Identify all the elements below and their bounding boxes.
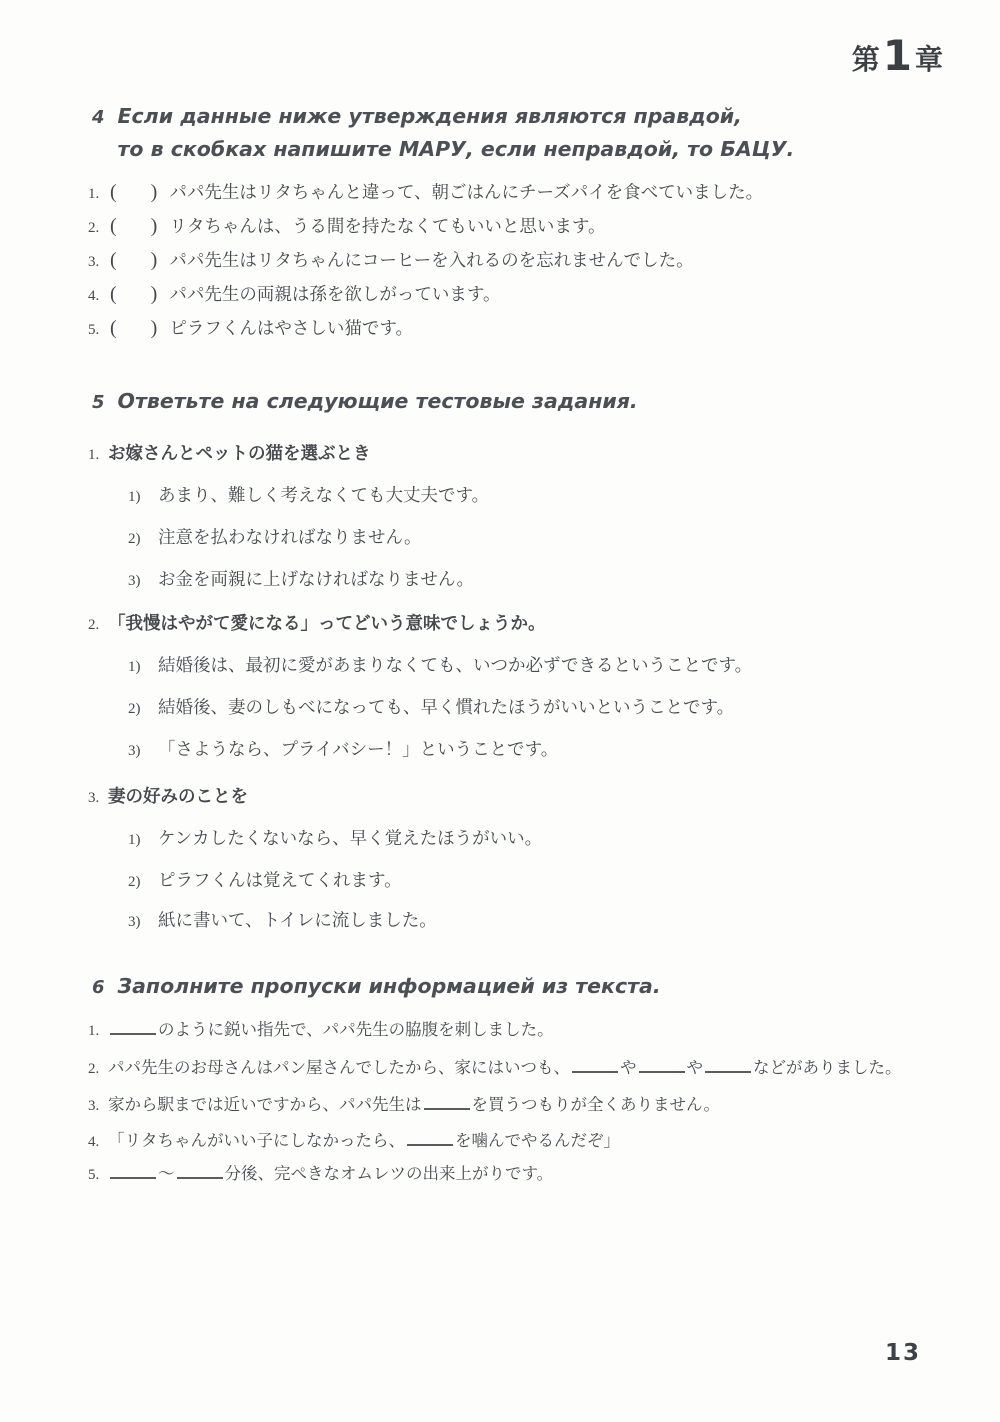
blank-line [424,1094,470,1110]
answer-paren-close: ) [151,283,158,306]
option-number: 3) [128,743,158,760]
option-row: 2) 注意を払わなければなりません。 [128,524,422,549]
statement-number: 3. [88,254,110,271]
fill-in-row: 2. パパ先生のお母さんはパン屋さんでしたから、家にはいつも、ややなどがありまし… [88,1054,902,1078]
statement-row: 3. ( ) パパ先生はリタちゃんにコーヒーを入れるのを忘れませんでした。 [88,247,694,272]
fill-in-number: 4. [88,1134,108,1151]
answer-paren-close: ) [151,215,158,238]
chapter-prefix: 第 [852,38,881,78]
option-row: 1) ケンカしたくないなら、早く覚えたほうがいい。 [128,825,542,850]
option-text: ピラフくんは覚えてくれます。 [158,867,402,892]
answer-paren-open: ( [110,283,117,306]
statement-number: 5. [88,322,110,339]
statement-number: 4. [88,288,110,305]
answer-paren-open: ( [110,317,117,340]
fill-in-number: 3. [88,1098,108,1115]
fill-in-segment: を噛んでやるんだぞ」 [455,1131,620,1150]
blank-line [572,1057,618,1073]
answer-paren-close: ) [151,249,158,272]
fill-in-segment: のように鋭い指先で、パパ先生の脇腹を刺しました。 [158,1020,554,1039]
fill-in-segment: パパ先生のお母さんはパン屋さんでしたから、家にはいつも、 [108,1058,570,1077]
statement-text: リタちゃんは、うる間を持たなくてもいいと思います。 [169,213,605,238]
option-text: 結婚後は、最初に愛があまりなくても、いつか必ずできるということです。 [158,652,752,677]
answer-paren-open: ( [110,181,117,204]
option-number: 1) [128,832,158,849]
statement-number: 2. [88,220,110,237]
section5-number: 5 [92,386,105,419]
option-row: 1) 結婚後は、最初に愛があまりなくても、いつか必ずできるということです。 [128,652,752,677]
option-text: あまり、難しく考えなくても大丈夫です。 [158,482,489,507]
blank-line [639,1057,685,1073]
option-number: 2) [128,701,158,718]
statement-text: ピラフくんはやさしい猫です。 [169,315,413,340]
question-stem: 妻の好みのことを [108,783,248,808]
blank-line [407,1130,453,1146]
statement-row: 4. ( ) パパ先生の両親は孫を欲しがっています。 [88,281,500,306]
option-text: 「さようなら、プライバシー！」ということです。 [158,736,558,761]
section6-heading-text: Заполните пропуски информацией из текста… [118,970,661,1003]
section5-heading-text: Ответьте на следующие тестовые задания. [118,385,638,418]
fill-in-segment: 家から駅までは近いですから、パパ先生は [108,1095,422,1114]
option-row: 2) 結婚後、妻のしもべになっても、早く慣れたほうがいいということです。 [128,694,734,719]
section4-heading: 4 Если данные ниже утверждения являются … [92,100,794,166]
answer-paren-open: ( [110,215,117,238]
fill-in-number: 1. [88,1023,108,1040]
option-number: 3) [128,573,158,590]
fill-in-segment: を買うつもりが全くありません。 [472,1095,721,1114]
option-number: 1) [128,659,158,676]
question-row: 3. 妻の好みのことを [88,783,248,808]
fill-in-row: 4. 「リタちゃんがいい子にしなかったら、を噛んでやるんだぞ」 [88,1127,620,1151]
fill-in-row: 3. 家から駅までは近いですから、パパ先生はを買うつもりが全くありません。 [88,1091,720,1115]
fill-in-segment: 分後、完ぺきなオムレツの出来上がりです。 [225,1164,554,1183]
blank-line [705,1057,751,1073]
question-row: 1. お嫁さんとペットの猫を選ぶとき [88,440,371,465]
option-text: 紙に書いて、トイレに流しました。 [158,907,437,932]
option-text: 注意を払わなければなりません。 [158,524,422,549]
option-number: 2) [128,874,158,891]
option-text: 結婚後、妻のしもべになっても、早く慣れたほうがいいということです。 [158,694,734,719]
option-row: 3) 「さようなら、プライバシー！」ということです。 [128,736,558,761]
statement-number: 1. [88,186,110,203]
fill-in-segment: や [620,1058,637,1077]
fill-in-number: 5. [88,1167,108,1184]
fill-in-text: のように鋭い指先で、パパ先生の脇腹を刺しました。 [108,1016,554,1040]
statement-row: 5. ( ) ピラフくんはやさしい猫です。 [88,315,413,340]
option-row: 1) あまり、難しく考えなくても大丈夫です。 [128,482,489,507]
option-text: お金を両親に上げなければなりません。 [158,566,474,591]
fill-in-segment: や [687,1058,704,1077]
section6-heading: 6 Заполните пропуски информацией из текс… [92,970,661,1003]
section4-heading-line1: Если данные ниже утверждения являются пр… [118,104,742,128]
answer-paren-close: ) [151,181,158,204]
fill-in-text: ～分後、完ぺきなオムレツの出来上がりです。 [108,1160,553,1184]
statement-text: パパ先生はリタちゃんと違って、朝ごはんにチーズパイを食べていました。 [169,179,763,204]
statement-row: 2. ( ) リタちゃんは、うる間を持たなくてもいいと思います。 [88,213,605,238]
option-row: 2) ピラフくんは覚えてくれます。 [128,867,402,892]
section6-number: 6 [92,971,105,1004]
fill-in-text: パパ先生のお母さんはパン屋さんでしたから、家にはいつも、ややなどがありました。 [108,1054,902,1078]
fill-in-text: 「リタちゃんがいい子にしなかったら、を噛んでやるんだぞ」 [108,1127,620,1151]
statement-text: パパ先生の両親は孫を欲しがっています。 [169,281,500,306]
section4-heading-text: Если данные ниже утверждения являются пр… [118,100,795,166]
option-number: 1) [128,489,158,506]
chapter-suffix: 章 [915,38,944,78]
option-row: 3) 紙に書いて、トイレに流しました。 [128,907,437,932]
section4-number: 4 [92,101,105,167]
blank-line [110,1019,156,1035]
fill-in-number: 2. [88,1061,108,1078]
option-text: ケンカしたくないなら、早く覚えたほうがいい。 [158,825,542,850]
fill-in-segment: ～ [158,1164,175,1183]
fill-in-row: 1. のように鋭い指先で、パパ先生の脇腹を刺しました。 [88,1016,554,1040]
answer-paren-close: ) [151,317,158,340]
option-number: 2) [128,531,158,548]
fill-in-segment: 「リタちゃんがいい子にしなかったら、 [108,1131,405,1150]
section5-heading: 5 Ответьте на следующие тестовые задания… [92,385,638,418]
question-stem: 「我慢はやがて愛になる」ってどいう意味でしょうか。 [108,610,546,635]
question-row: 2. 「我慢はやがて愛になる」ってどいう意味でしょうか。 [88,610,546,635]
chapter-number: 1 [883,39,913,73]
statement-row: 1. ( ) パパ先生はリタちゃんと違って、朝ごはんにチーズパイを食べていました… [88,179,763,204]
question-number: 3. [88,790,108,807]
fill-in-text: 家から駅までは近いですから、パパ先生はを買うつもりが全くありません。 [108,1091,720,1115]
option-number: 3) [128,914,158,931]
question-stem: お嫁さんとペットの猫を選ぶとき [108,440,371,465]
chapter-heading: 第 1 章 [852,38,944,78]
section4-heading-line2: то в скобках напишите МАРУ, если неправд… [118,137,795,161]
page-number: 13 [885,1340,921,1366]
question-number: 1. [88,447,108,464]
answer-paren-open: ( [110,249,117,272]
fill-in-segment: などがありました。 [753,1058,902,1077]
statement-text: パパ先生はリタちゃんにコーヒーを入れるのを忘れませんでした。 [169,247,693,272]
blank-line [110,1163,156,1179]
workbook-page: 第 1 章 4 Если данные ниже утверждения явл… [0,0,1000,1422]
fill-in-row: 5. ～分後、完ぺきなオムレツの出来上がりです。 [88,1160,553,1184]
blank-line [177,1163,223,1179]
question-number: 2. [88,617,108,634]
option-row: 3) お金を両親に上げなければなりません。 [128,566,474,591]
